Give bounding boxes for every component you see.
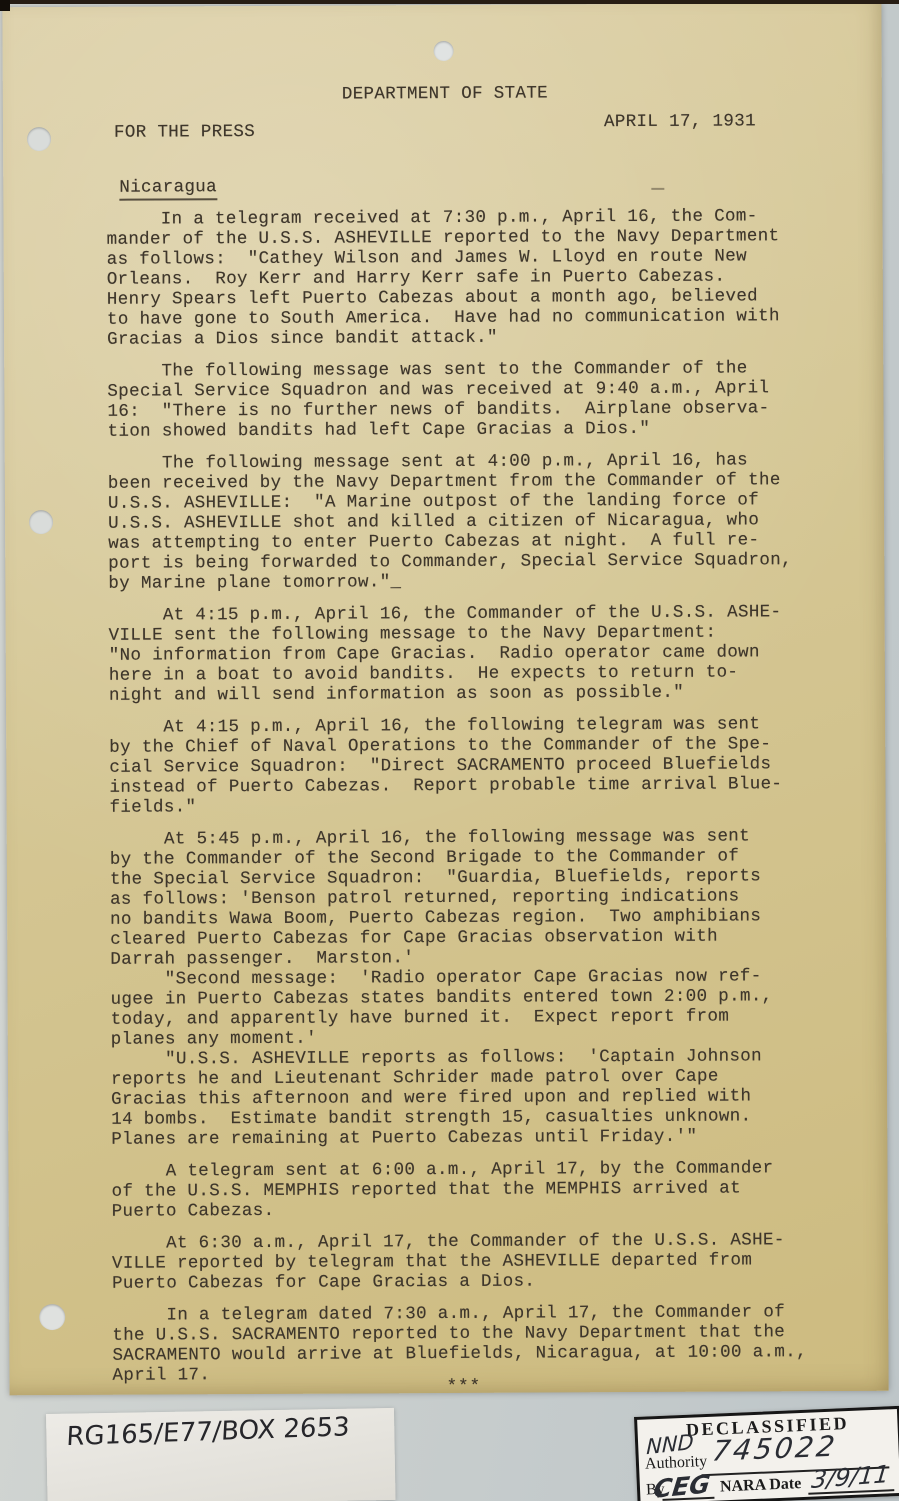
- paragraph: At 5:45 p.m., April 16, the following me…: [110, 826, 842, 1150]
- smudge-mark: [651, 188, 664, 190]
- archive-box-handwriting: RG165/E77/BOX 2653: [66, 1412, 351, 1452]
- paragraph: The following message was sent to the Co…: [107, 358, 837, 442]
- archive-box-slip: RG165/E77/BOX 2653: [46, 1408, 396, 1501]
- subject-heading: Nicaragua: [119, 177, 217, 201]
- paragraph: At 6:30 a.m., April 17, the Commander of…: [112, 1230, 842, 1294]
- date-line: APRIL 17, 1931: [604, 111, 756, 132]
- document-page: DEPARTMENT OF STATE FOR THE PRESS APRIL …: [2, 3, 888, 1396]
- photo-corner-chip: [0, 0, 10, 11]
- punch-hole-top: [434, 41, 454, 61]
- paragraph: At 4:15 p.m., April 16, the following te…: [109, 714, 840, 818]
- paragraph: A telegram sent at 6:00 a.m., April 17, …: [111, 1158, 841, 1222]
- agency-title: DEPARTMENT OF STATE: [342, 83, 548, 104]
- authority-number-handwriting: 745022: [710, 1429, 839, 1467]
- paragraph: At 4:15 p.m., April 16, the Commander of…: [109, 602, 840, 706]
- release-line: FOR THE PRESS: [114, 122, 255, 143]
- paragraph: The following message sent at 4:00 p.m.,…: [108, 450, 839, 594]
- paragraph: In a telegram received at 7:30 p.m., Apr…: [106, 206, 837, 350]
- punch-hole-left-1: [27, 127, 51, 151]
- scanned-photo-background: DEPARTMENT OF STATE FOR THE PRESS APRIL …: [0, 0, 899, 1501]
- punch-hole-left-3: [39, 1304, 65, 1330]
- photo-edge-strip: [0, 0, 899, 4]
- document-body: In a telegram received at 7:30 p.m., Apr…: [106, 206, 842, 1398]
- signature-handwriting: CEG: [652, 1469, 712, 1501]
- punch-hole-left-2: [29, 510, 53, 534]
- declassified-stamp: DECLASSIFIED Authority NND 745022 By CEG…: [634, 1406, 899, 1501]
- end-mark: ***: [447, 1377, 482, 1397]
- nara-date-label: NARA Date: [720, 1475, 802, 1496]
- paragraph: In a telegram dated 7:30 a.m., April 17,…: [112, 1302, 842, 1386]
